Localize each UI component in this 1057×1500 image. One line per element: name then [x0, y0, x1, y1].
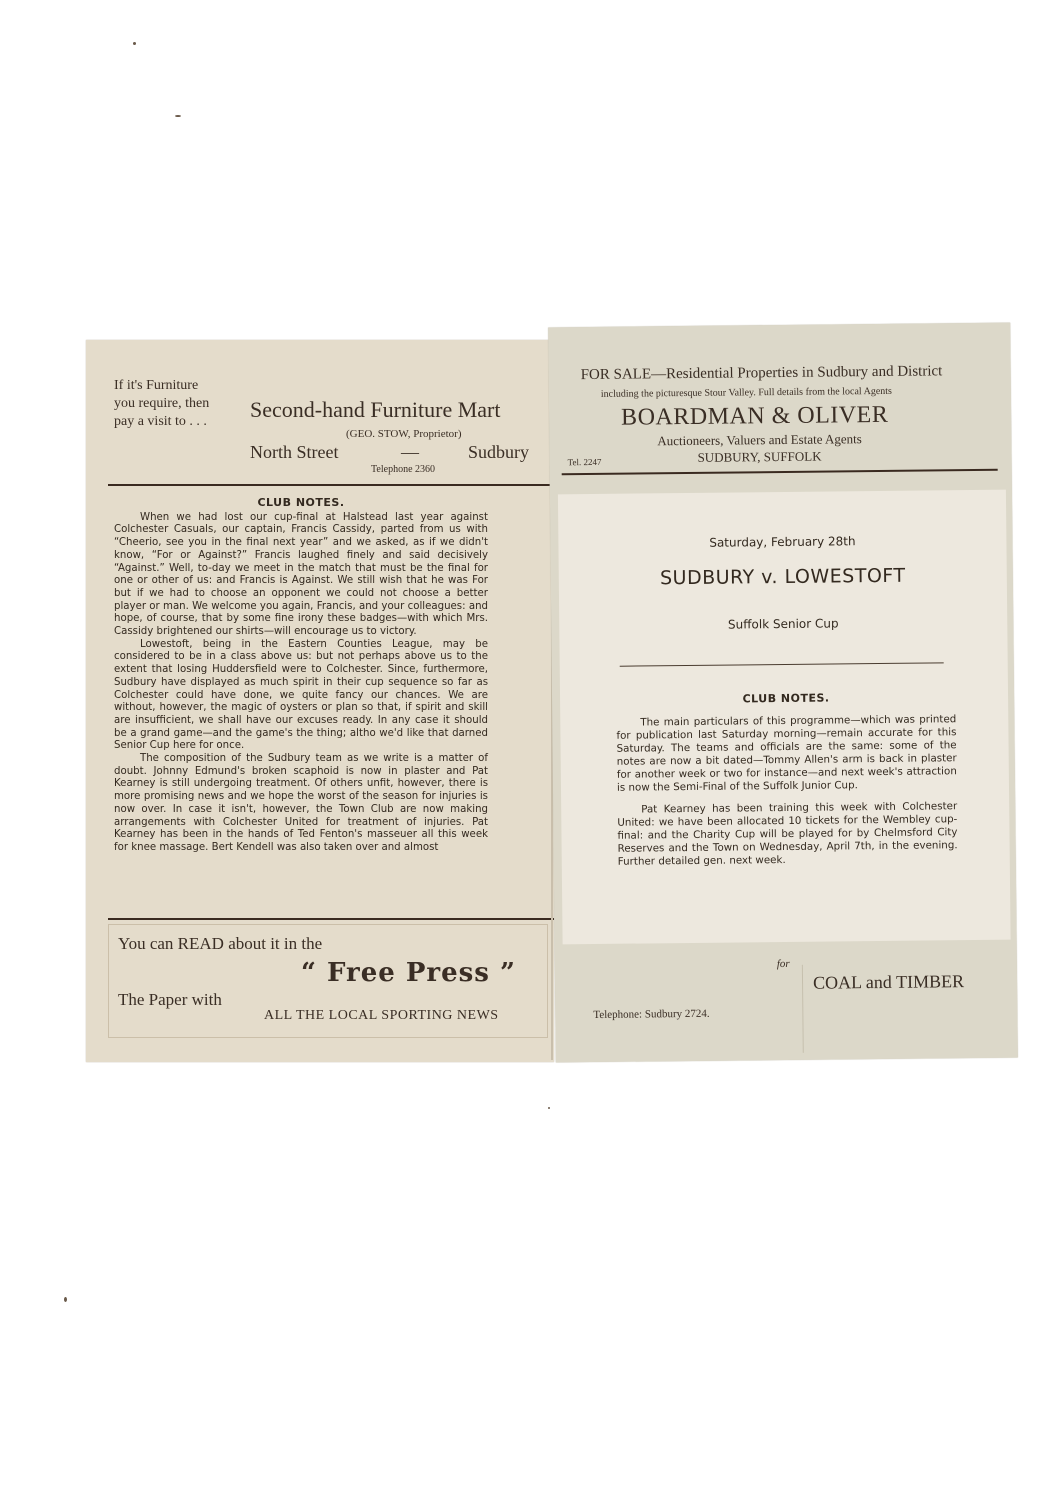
estate-firm-role: Auctioneers, Valuers and Estate Agents	[657, 431, 862, 449]
scan-speck	[133, 42, 136, 45]
programme-right-page: FOR SALE—Residential Properties in Sudbu…	[548, 323, 1018, 1063]
match-date: Saturday, February 28th	[558, 533, 1006, 552]
match-title: SUDBURY v. LOWESTOFT	[559, 564, 1007, 591]
press-ad-with-line: The Paper with	[118, 990, 222, 1010]
lead-line: pay a visit to . . .	[114, 413, 209, 431]
furniture-town: Sudbury	[468, 442, 529, 463]
press-ad-read-line: You can READ about it in the	[118, 934, 322, 954]
club-notes-paragraph: The composition of the Sudbury team as w…	[114, 753, 488, 855]
furniture-dash: —	[401, 442, 419, 463]
furniture-ad-lead: If it's Furniture you require, then pay …	[114, 377, 209, 431]
match-competition: Suffolk Senior Cup	[559, 615, 1007, 634]
match-insert-slip: Saturday, February 28th SUDBURY v. LOWES…	[558, 490, 1011, 945]
club-notes-paragraph: Pat Kearney has been training this week …	[617, 800, 958, 869]
programme-left-page: If it's Furniture you require, then pay …	[86, 340, 554, 1062]
estate-ad-headline: FOR SALE—Residential Properties in Sudbu…	[581, 363, 943, 384]
divider	[620, 662, 944, 666]
furniture-proprietor: (GEO. STOW, Proprietor)	[346, 428, 462, 440]
furniture-street: North Street	[250, 442, 338, 463]
estate-telephone: Tel. 2247	[568, 457, 602, 467]
lead-line: If it's Furniture	[114, 377, 209, 395]
club-notes-paragraph: Lowestoft, being in the Eastern Counties…	[114, 639, 488, 753]
coal-ad-telephone: Telephone: Sudbury 2724.	[593, 1008, 709, 1021]
divider	[108, 484, 554, 486]
club-notes-right: CLUB NOTES. The main particulars of this…	[616, 690, 958, 878]
press-ad-news-line: ALL THE LOCAL SPORTING NEWS	[264, 1008, 499, 1024]
coal-ad-for: for	[777, 958, 790, 970]
club-notes-heading: CLUB NOTES.	[114, 497, 488, 510]
club-notes-heading: CLUB NOTES.	[616, 690, 956, 707]
estate-ad-subline: including the picturesque Stour Valley. …	[601, 386, 892, 400]
lead-line: you require, then	[114, 395, 209, 413]
divider	[562, 469, 998, 476]
scan-speck	[548, 1107, 550, 1109]
divider	[108, 918, 554, 920]
divider	[802, 965, 804, 1053]
club-notes-paragraph: When we had lost our cup-final at Halste…	[114, 512, 488, 639]
club-notes-paragraph: The main particulars of this programme—w…	[616, 713, 957, 795]
estate-firm-town: SUDBURY, SUFFOLK	[697, 449, 821, 466]
furniture-telephone: Telephone 2360	[371, 464, 435, 475]
scan-speck	[175, 115, 181, 117]
club-notes-left: CLUB NOTES. When we had lost our cup-fin…	[114, 497, 488, 855]
scan-speck	[64, 1297, 67, 1302]
press-ad-paper-name: “ Free Press ”	[301, 958, 516, 988]
estate-firm-name: BOARDMAN & OLIVER	[621, 402, 888, 432]
furniture-mart-name: Second-hand Furniture Mart	[250, 397, 501, 423]
coal-ad-goods: COAL and TIMBER	[813, 971, 964, 994]
